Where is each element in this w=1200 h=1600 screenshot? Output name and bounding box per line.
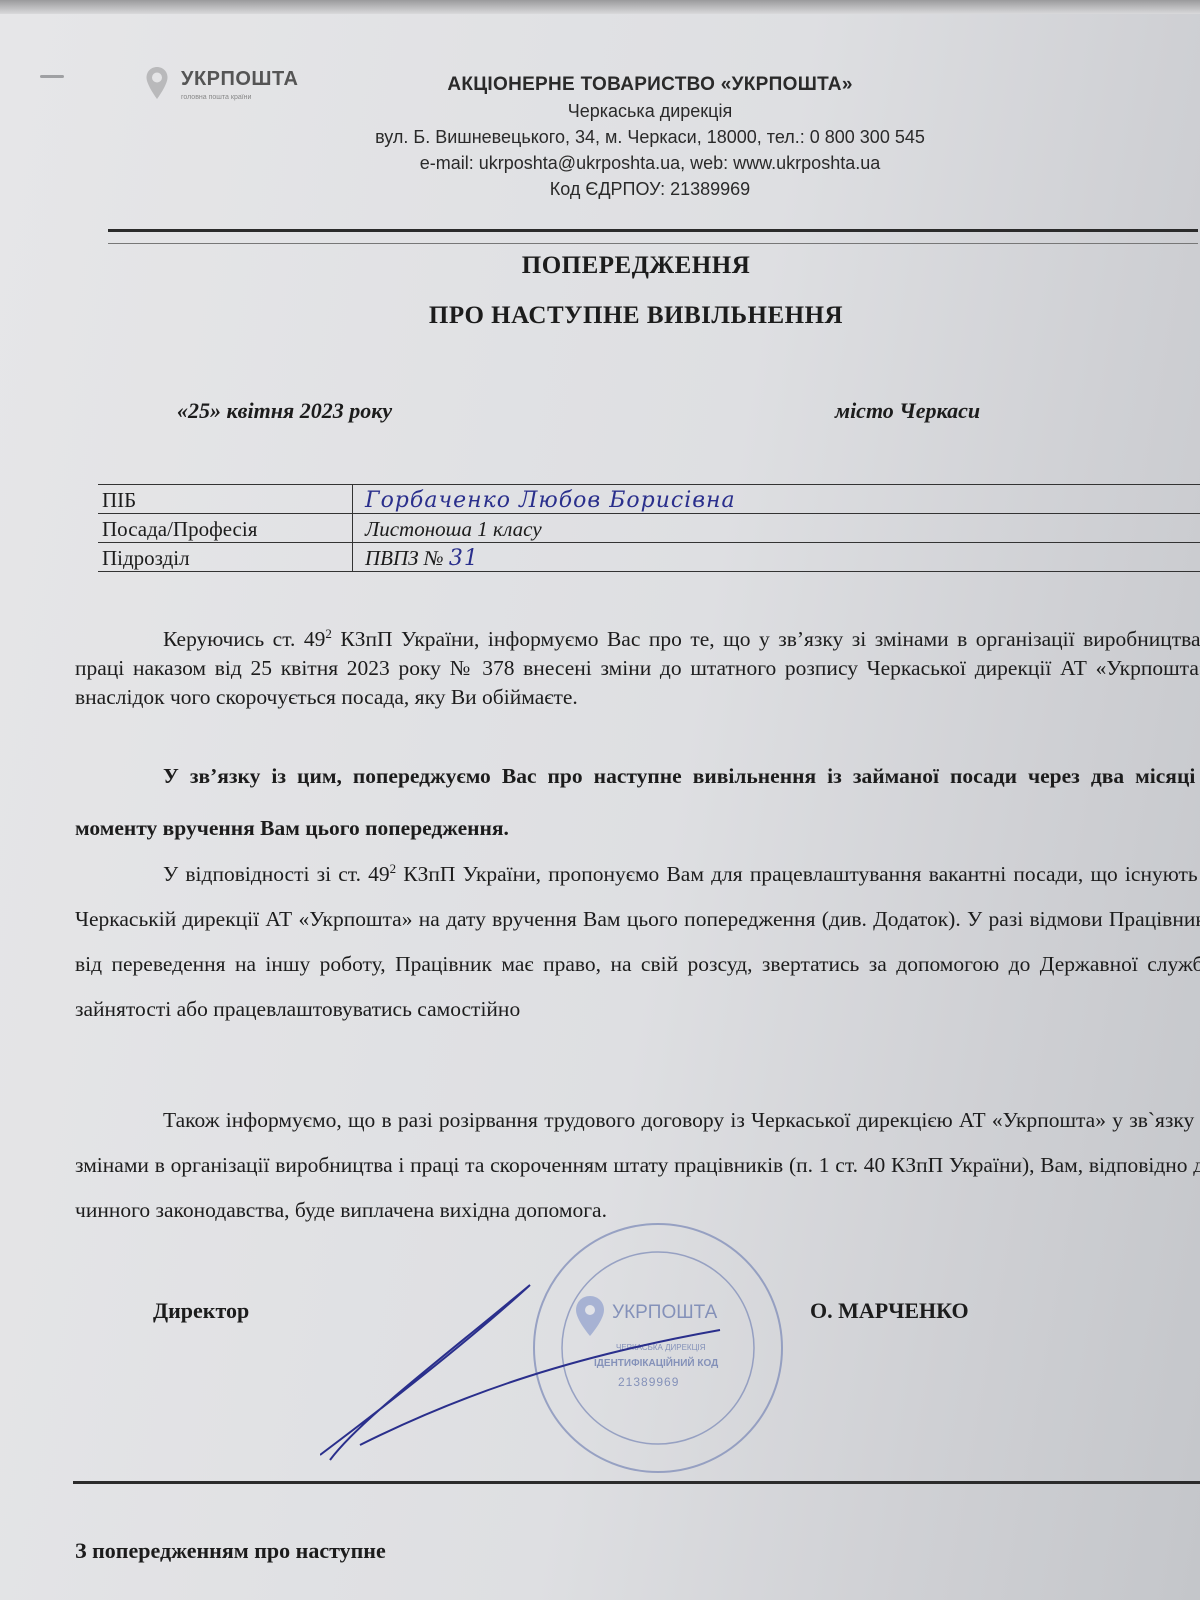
table-row: Посада/Професія Листоноша 1 класу: [98, 514, 1200, 543]
doc-title-line1: ПОПЕРЕДЖЕННЯ: [0, 252, 1200, 280]
org-edrpou: Код ЄДРПОУ: 21389969: [340, 176, 960, 202]
signatory-name: О. МАРЧЕНКО: [810, 1298, 969, 1324]
value-full-name: Горбаченко Любов Борисівна: [353, 485, 1200, 514]
acknowledgement-heading: З попередженням про наступне: [75, 1538, 386, 1564]
org-contacts: e-mail: ukrposhta@ukrposhta.ua, web: www…: [340, 150, 960, 176]
label-full-name: ПІБ: [98, 485, 353, 514]
paragraph-4: Також інформуємо, що в разі розірвання т…: [75, 1098, 1200, 1233]
value-department: ПВПЗ № 31: [353, 543, 1200, 572]
department-prefix: ПВПЗ №: [365, 546, 449, 570]
logo-wordmark: УКРПОШТА: [181, 68, 298, 91]
paragraph-3: У відповідності зі ст. 492 КЗпП України,…: [75, 852, 1200, 1032]
header-divider-thick: [108, 229, 1198, 232]
logo-tagline: головна пошта країни: [181, 94, 251, 101]
staple-mark: [40, 75, 64, 78]
signatory-role: Директор: [153, 1298, 249, 1324]
map-pin-icon: [145, 66, 169, 100]
label-department: Підрозділ: [98, 543, 353, 572]
ukrposhta-logo: УКРПОШТА головна пошта країни: [145, 64, 325, 114]
paragraph-2-warning: У зв’язку із цим, попереджуємо Вас про н…: [75, 750, 1200, 854]
handwritten-name: Горбаченко Любов Борисівна: [365, 488, 736, 513]
doc-title-line2: ПРО НАСТУПНЕ ВИВІЛЬНЕННЯ: [0, 302, 1200, 330]
doc-city: місто Черкаси: [835, 398, 980, 424]
handwritten-signature: [320, 1270, 760, 1470]
org-address: вул. Б. Вишневецького, 34, м. Черкаси, 1…: [300, 124, 1000, 150]
table-row: Підрозділ ПВПЗ № 31: [98, 543, 1200, 572]
org-name: АКЦІОНЕРНЕ ТОВАРИСТВО «УКРПОШТА»: [340, 72, 960, 98]
footer-divider: [73, 1481, 1200, 1484]
page-top-edge: [0, 0, 1200, 14]
header-divider-thin: [108, 243, 1198, 244]
table-row: ПІБ Горбаченко Любов Борисівна: [98, 485, 1200, 514]
p2-text: У зв’язку із цим, попереджуємо Вас про н…: [75, 750, 1200, 854]
doc-date: «25» квітня 2023 року: [177, 398, 392, 424]
handwritten-department-number: 31: [449, 546, 479, 571]
value-position: Листоноша 1 класу: [353, 514, 1200, 543]
letterhead: АКЦІОНЕРНЕ ТОВАРИСТВО «УКРПОШТА» Черкась…: [340, 72, 960, 202]
label-position: Посада/Професія: [98, 514, 353, 543]
p3-text-a: У відповідності зі ст. 49: [163, 862, 390, 886]
p4-text: Також інформуємо, що в разі розірвання т…: [75, 1098, 1200, 1233]
paragraph-1: Керуючись ст. 492 КЗпП України, інформує…: [75, 625, 1200, 712]
employee-info-table: ПІБ Горбаченко Любов Борисівна Посада/Пр…: [98, 484, 1200, 572]
p1-text-a: Керуючись ст. 49: [163, 627, 325, 651]
division-name: Черкаська дирекція: [340, 98, 960, 124]
